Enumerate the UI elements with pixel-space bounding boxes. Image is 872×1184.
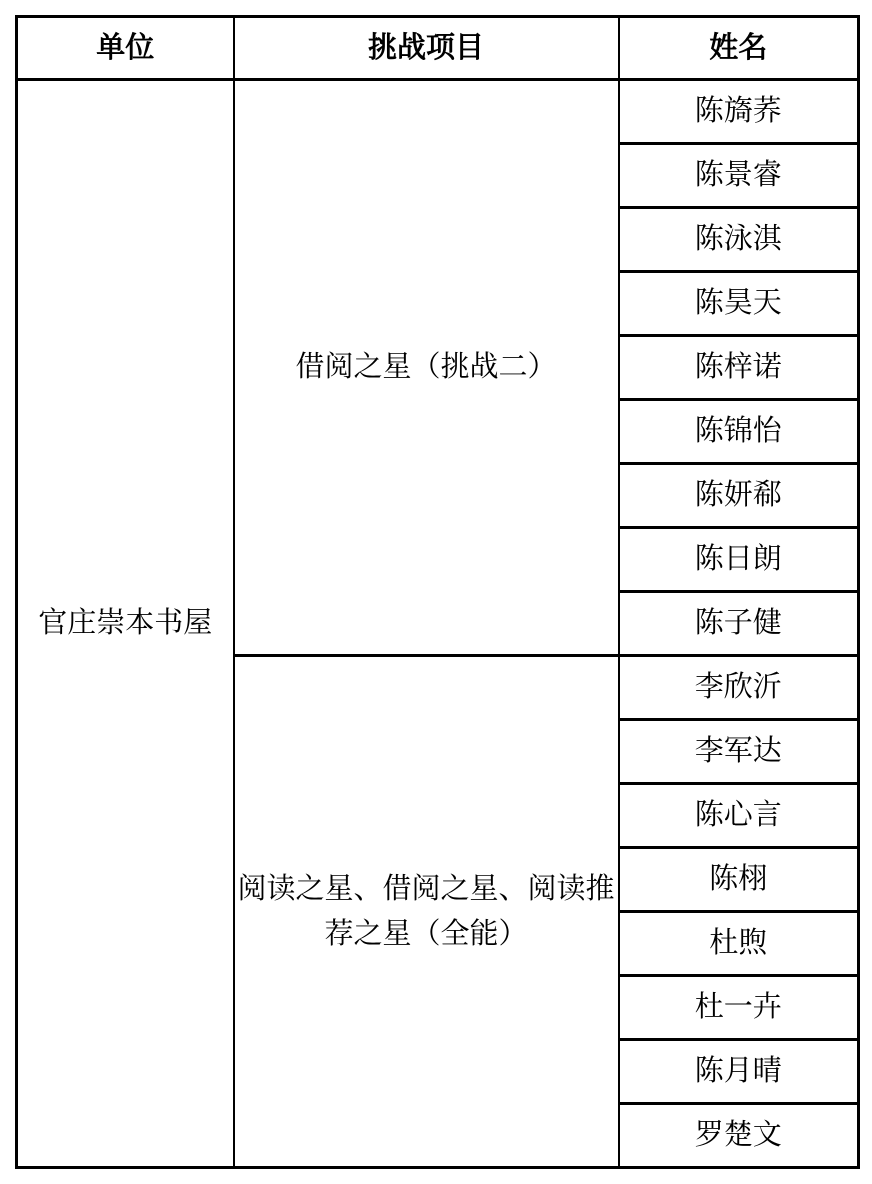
header-project: 挑战项目 <box>234 17 619 80</box>
name-cell: 陈妍郗 <box>619 464 859 528</box>
name-cell: 陈泳淇 <box>619 208 859 272</box>
name-cell: 陈梓诺 <box>619 336 859 400</box>
name-cell: 陈旖荞 <box>619 80 859 144</box>
name-cell: 杜煦 <box>619 912 859 976</box>
name-cell: 陈栩 <box>619 848 859 912</box>
name-cell: 罗楚文 <box>619 1104 859 1168</box>
name-cell: 李欣沂 <box>619 656 859 720</box>
unit-cell: 官庄崇本书屋 <box>17 80 234 1168</box>
name-cell: 陈子健 <box>619 592 859 656</box>
header-unit: 单位 <box>17 17 234 80</box>
header-name: 姓名 <box>619 17 859 80</box>
name-cell: 李军达 <box>619 720 859 784</box>
award-table: 单位 挑战项目 姓名 官庄崇本书屋 借阅之星（挑战二） 陈旖荞 陈景睿 陈泳淇 … <box>15 15 860 1169</box>
document-page: 单位 挑战项目 姓名 官庄崇本书屋 借阅之星（挑战二） 陈旖荞 陈景睿 陈泳淇 … <box>0 0 872 1184</box>
name-cell: 陈日朗 <box>619 528 859 592</box>
name-cell: 陈景睿 <box>619 144 859 208</box>
table-header-row: 单位 挑战项目 姓名 <box>17 17 859 80</box>
table-row: 官庄崇本书屋 借阅之星（挑战二） 陈旖荞 <box>17 80 859 144</box>
name-cell: 陈昊天 <box>619 272 859 336</box>
name-cell: 陈月晴 <box>619 1040 859 1104</box>
project-cell-allround: 阅读之星、借阅之星、阅读推荐之星（全能） <box>234 656 619 1168</box>
name-cell: 杜一卉 <box>619 976 859 1040</box>
project-cell-challenge2: 借阅之星（挑战二） <box>234 80 619 656</box>
name-cell: 陈锦怡 <box>619 400 859 464</box>
name-cell: 陈心言 <box>619 784 859 848</box>
